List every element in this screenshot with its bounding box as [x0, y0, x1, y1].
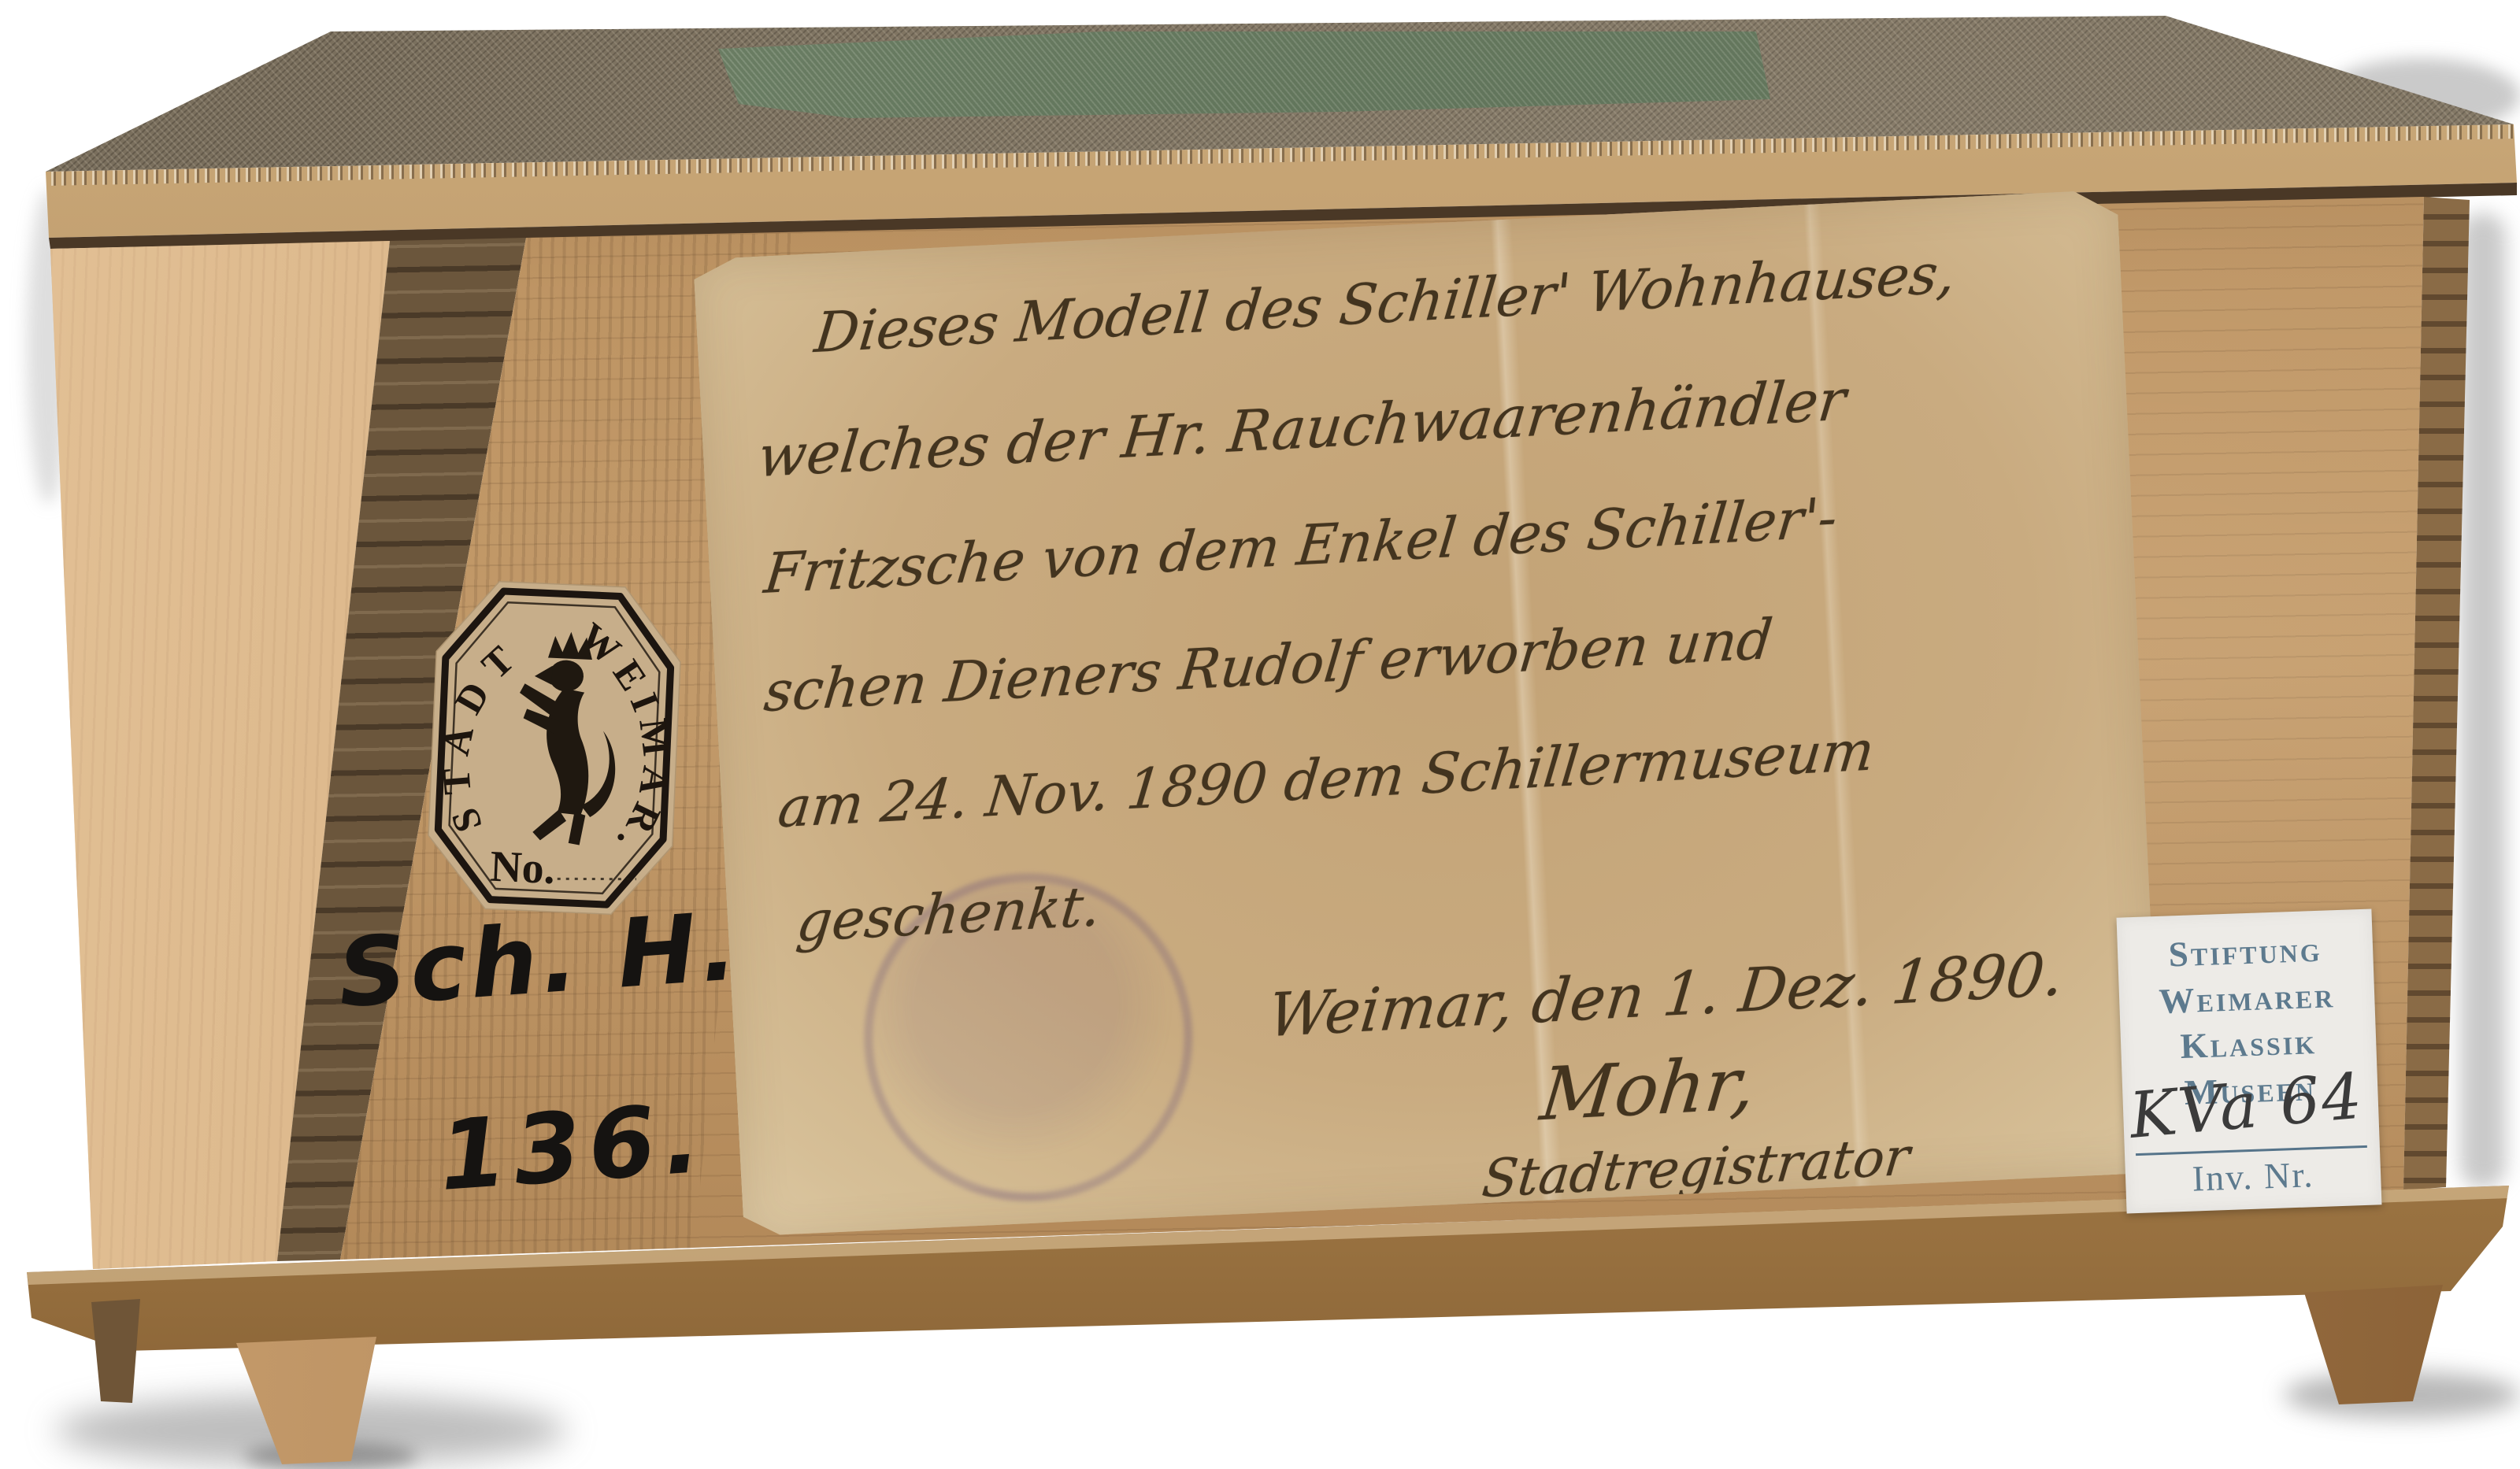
handwriting-line: am 24. Nov. 1890 dem Schillermuseum	[775, 718, 1877, 840]
handwriting-line: Dieses Modell des Schiller' Wohnhauses,	[812, 241, 1959, 365]
handwritten-provenance-label: Dieses Modell des Schiller' Wohnhauses, …	[693, 185, 2168, 1246]
inventory-field-label: Inv. Nr.	[2125, 1151, 2381, 1201]
stamp-number-label: No.	[489, 842, 556, 894]
shelf-mark: Sch. H. 136.	[335, 891, 768, 1273]
handwriting-line: schen Dieners Rudolf erworben und	[762, 607, 1776, 725]
handwriting-line-dateline: Weimar, den 1. Dez. 1890.	[1266, 938, 2067, 1050]
inventory-label: Stiftung Weimarer Klassik Museen KVa 64 …	[2117, 908, 2382, 1213]
shelf-mark-line2: 136.	[435, 1082, 711, 1212]
handwriting-signature: Mohr,	[1536, 1041, 1759, 1137]
handwriting-line: Fritzsche von dem Enkel des Schiller'-	[762, 485, 1840, 606]
side-shadow-right	[2460, 213, 2506, 1189]
handwriting-line: welches der Hr. Rauchwaarenhändler	[755, 366, 1849, 490]
stadt-weimar-stamp: STADT WEIMAR. No.	[422, 575, 687, 920]
